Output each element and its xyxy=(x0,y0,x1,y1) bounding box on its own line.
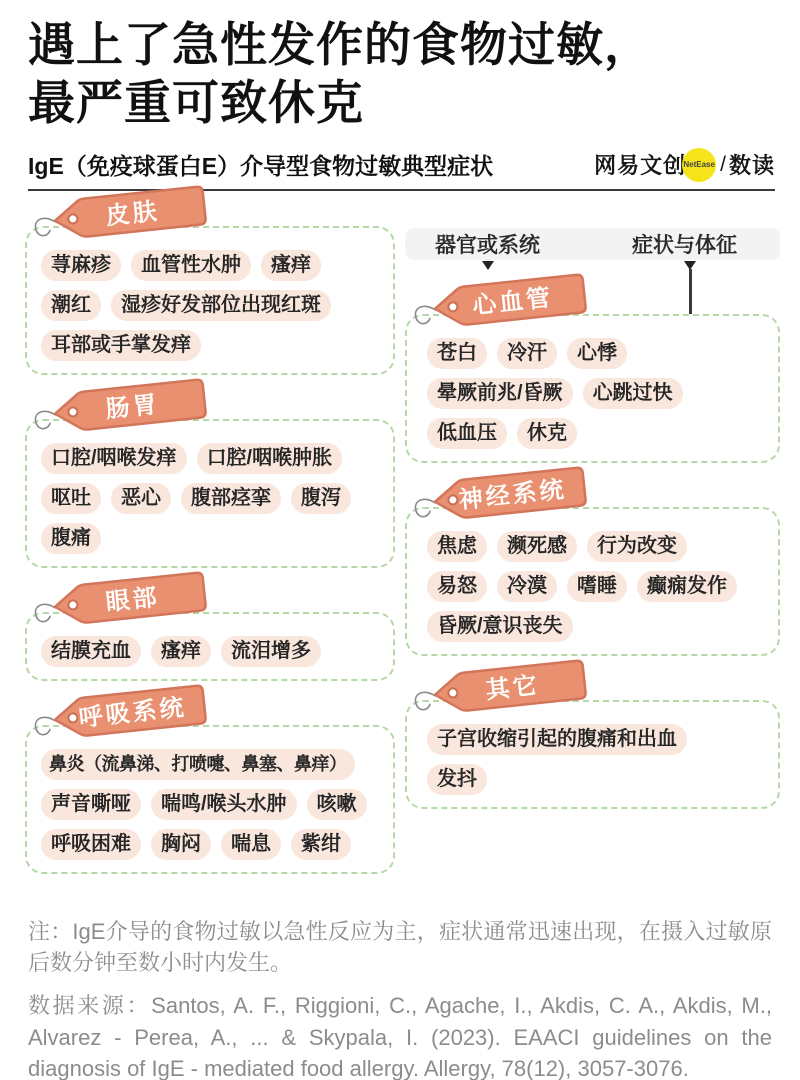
tag-string xyxy=(35,217,57,236)
arrow-down-icon xyxy=(482,261,494,270)
symptom-pill: 发抖 xyxy=(427,764,487,795)
organ-section: 神经系统 焦虑濒死感行为改变易怒冷漠嗜睡癫痫发作昏厥/意识丧失 xyxy=(405,479,780,656)
netease-badge-icon: NetEase xyxy=(682,148,716,182)
symptom-pill: 癫痫发作 xyxy=(637,571,737,602)
symptom-pill: 瘙痒 xyxy=(261,250,321,281)
symptom-row: 苍白冷汗心悸 xyxy=(427,338,766,369)
symptom-pill: 紫绀 xyxy=(291,829,351,860)
symptom-pill: 流泪增多 xyxy=(221,636,321,667)
symptom-pill: 子宫收缩引起的腹痛和出血 xyxy=(427,724,687,755)
page-title: 遇上了急性发作的食物过敏， 最严重可致休克 xyxy=(28,16,775,132)
symptom-box: 口腔/咽喉发痒口腔/咽喉肿胀呕吐恶心腹部痉挛腹泻腹痛 xyxy=(25,419,395,568)
symptom-box: 鼻炎（流鼻涕、打喷嚏、鼻塞、鼻痒）声音嘶哑喘鸣/喉头水肿咳嗽呼吸困难胸闷喘息紫绀 xyxy=(25,725,395,874)
symptom-pill: 恶心 xyxy=(111,483,171,514)
publisher-logo: 网易文创 NetEase / 数读 xyxy=(594,148,775,182)
symptom-row: 低血压休克 xyxy=(427,418,766,449)
header: 遇上了急性发作的食物过敏， 最严重可致休克 IgE（免疫球蛋白E）介导型食物过敏… xyxy=(28,16,775,191)
symptom-pill: 腹泻 xyxy=(291,483,351,514)
symptom-pill: 嗜睡 xyxy=(567,571,627,602)
symptom-row: 腹痛 xyxy=(41,523,383,554)
symptom-pill: 行为改变 xyxy=(587,531,687,562)
symptom-pill: 心悸 xyxy=(567,338,627,369)
symptom-box: 焦虑濒死感行为改变易怒冷漠嗜睡癫痫发作昏厥/意识丧失 xyxy=(405,507,780,656)
logo-separator: / xyxy=(720,153,726,177)
right-column-sections: 心血管 苍白冷汗心悸晕厥前兆/昏厥心跳过快低血压休克 神经系统 焦虑濒死感行为改… xyxy=(405,286,780,809)
left-column: 皮肤 荨麻疹血管性水肿瘙痒潮红湿疹好发部位出现红斑耳部或手掌发痒 肠胃 口腔/咽… xyxy=(25,198,395,890)
symptom-row: 子宫收缩引起的腹痛和出血 xyxy=(427,724,766,755)
title-line-2: 最严重可致休克 xyxy=(28,74,775,132)
symptom-row: 晕厥前兆/昏厥心跳过快 xyxy=(427,378,766,409)
legend-symptom-label: 症状与体征 xyxy=(632,229,737,259)
tag-string xyxy=(35,716,57,735)
tag-string xyxy=(415,305,437,324)
symptom-pill: 喘鸣/喉头水肿 xyxy=(151,789,297,820)
symptom-pill: 潮红 xyxy=(41,290,101,321)
right-column: 器官或系统 症状与体征 心血管 苍白冷汗心悸晕厥前兆/昏厥心跳过快低血压休克 神… xyxy=(405,228,780,825)
organ-section: 心血管 苍白冷汗心悸晕厥前兆/昏厥心跳过快低血压休克 xyxy=(405,286,780,463)
symptom-pill: 呼吸困难 xyxy=(41,829,141,860)
organ-section: 眼部 结膜充血瘙痒流泪增多 xyxy=(25,584,395,681)
symptom-pill: 口腔/咽喉发痒 xyxy=(41,443,187,474)
data-source: 数据来源：Santos, A. F., Riggioni, C., Agache… xyxy=(28,990,772,1080)
symptom-pill: 胸闷 xyxy=(151,829,211,860)
symptom-box: 子宫收缩引起的腹痛和出血发抖 xyxy=(405,700,780,809)
symptom-pill: 休克 xyxy=(517,418,577,449)
symptom-pill: 耳部或手掌发痒 xyxy=(41,330,201,361)
symptom-pill: 焦虑 xyxy=(427,531,487,562)
footer: 注：IgE介导的食物过敏以急性反应为主，症状通常迅速出现，在摄入过敏原后数分钟至… xyxy=(28,916,772,1080)
symptom-pill: 易怒 xyxy=(427,571,487,602)
symptom-pill: 腹痛 xyxy=(41,523,101,554)
legend-organ-label: 器官或系统 xyxy=(435,229,540,259)
symptom-row: 发抖 xyxy=(427,764,766,795)
symptom-pill: 呕吐 xyxy=(41,483,101,514)
symptom-pill: 晕厥前兆/昏厥 xyxy=(427,378,573,409)
symptom-pill: 冷汗 xyxy=(497,338,557,369)
title-line-1: 遇上了急性发作的食物过敏， xyxy=(28,16,775,74)
symptom-pill: 喘息 xyxy=(221,829,281,860)
symptom-pill: 苍白 xyxy=(427,338,487,369)
legend-band: 器官或系统 症状与体征 xyxy=(405,228,780,260)
symptom-pill: 咳嗽 xyxy=(307,789,367,820)
tag-string xyxy=(35,410,57,429)
symptom-row: 呼吸困难胸闷喘息紫绀 xyxy=(41,829,383,860)
symptom-pill: 荨麻疹 xyxy=(41,250,121,281)
symptom-pill: 声音嘶哑 xyxy=(41,789,141,820)
symptom-row: 耳部或手掌发痒 xyxy=(41,330,383,361)
logo-product-text: 数读 xyxy=(729,149,775,180)
symptom-row: 鼻炎（流鼻涕、打喷嚏、鼻塞、鼻痒） xyxy=(41,749,383,780)
symptom-pill: 湿疹好发部位出现红斑 xyxy=(111,290,331,321)
organ-section: 呼吸系统 鼻炎（流鼻涕、打喷嚏、鼻塞、鼻痒）声音嘶哑喘鸣/喉头水肿咳嗽呼吸困难胸… xyxy=(25,697,395,874)
symptom-row: 口腔/咽喉发痒口腔/咽喉肿胀 xyxy=(41,443,383,474)
symptom-pill: 鼻炎（流鼻涕、打喷嚏、鼻塞、鼻痒） xyxy=(41,749,355,780)
symptom-pill: 结膜充血 xyxy=(41,636,141,667)
subtitle: IgE（免疫球蛋白E）介导型食物过敏典型症状 xyxy=(28,148,493,181)
symptom-pill: 昏厥/意识丧失 xyxy=(427,611,573,642)
symptom-row: 呕吐恶心腹部痉挛腹泻 xyxy=(41,483,383,514)
footnote: 注：IgE介导的食物过敏以急性反应为主，症状通常迅速出现，在摄入过敏原后数分钟至… xyxy=(28,916,772,978)
symptom-box: 荨麻疹血管性水肿瘙痒潮红湿疹好发部位出现红斑耳部或手掌发痒 xyxy=(25,226,395,375)
symptom-pill: 瘙痒 xyxy=(151,636,211,667)
symptom-pill: 冷漠 xyxy=(497,571,557,602)
organ-section: 其它 子宫收缩引起的腹痛和出血发抖 xyxy=(405,672,780,809)
logo-brand-text: 网易文创 xyxy=(594,149,686,180)
organ-section: 肠胃 口腔/咽喉发痒口腔/咽喉肿胀呕吐恶心腹部痉挛腹泻腹痛 xyxy=(25,391,395,568)
symptom-row: 结膜充血瘙痒流泪增多 xyxy=(41,636,383,667)
symptom-row: 昏厥/意识丧失 xyxy=(427,611,766,642)
symptom-row: 易怒冷漠嗜睡癫痫发作 xyxy=(427,571,766,602)
symptom-row: 声音嘶哑喘鸣/喉头水肿咳嗽 xyxy=(41,789,383,820)
organ-section: 皮肤 荨麻疹血管性水肿瘙痒潮红湿疹好发部位出现红斑耳部或手掌发痒 xyxy=(25,198,395,375)
tag-string xyxy=(415,498,437,517)
symptom-pill: 低血压 xyxy=(427,418,507,449)
infographic-canvas: 遇上了急性发作的食物过敏， 最严重可致休克 IgE（免疫球蛋白E）介导型食物过敏… xyxy=(0,0,800,1080)
symptom-pill: 腹部痉挛 xyxy=(181,483,281,514)
symptom-row: 荨麻疹血管性水肿瘙痒 xyxy=(41,250,383,281)
symptom-box: 苍白冷汗心悸晕厥前兆/昏厥心跳过快低血压休克 xyxy=(405,314,780,463)
symptom-pill: 心跳过快 xyxy=(583,378,683,409)
symptom-pill: 濒死感 xyxy=(497,531,577,562)
symptom-pill: 血管性水肿 xyxy=(131,250,251,281)
symptom-pill: 口腔/咽喉肿胀 xyxy=(197,443,343,474)
tag-string xyxy=(415,691,437,710)
symptom-row: 潮红湿疹好发部位出现红斑 xyxy=(41,290,383,321)
tag-string xyxy=(35,603,57,622)
symptom-row: 焦虑濒死感行为改变 xyxy=(427,531,766,562)
